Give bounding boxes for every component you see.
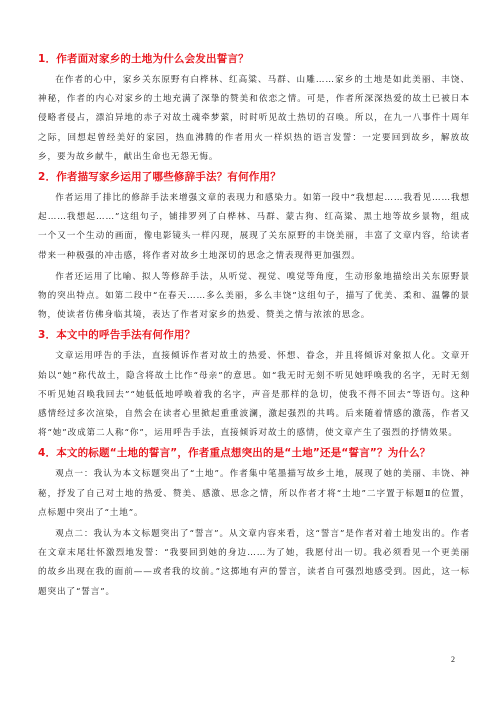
answer-paragraph: 作者还运用了比喻、拟人等修辞手法，从听觉、视觉、嗅觉等角度，生动形象地描绘出关东…	[38, 268, 470, 326]
section-2: 2．作者描写家乡运用了哪些修辞手法？有何作用？ 作者运用了排比的修辞手法来增强文…	[38, 170, 470, 325]
document-content: 1．作者面对家乡的土地为什么会发出誓言？ 在作者的心中，家乡关东原野有白桦林、红…	[38, 52, 470, 605]
question-heading: 1．作者面对家乡的土地为什么会发出誓言？	[38, 52, 470, 66]
section-1: 1．作者面对家乡的土地为什么会发出誓言？ 在作者的心中，家乡关东原野有白桦林、红…	[38, 52, 470, 167]
question-heading: 4．本文的标题“土地的誓言”，作者重点想突出的是“土地”还是“誓言”？为什么？	[38, 446, 470, 460]
question-heading: 2．作者描写家乡运用了哪些修辞手法？有何作用？	[38, 170, 470, 184]
answer-paragraph: 观点一：我认为本文标题突出了“土地”。作者集中笔墨描写故乡土地，展现了她的美丽、…	[38, 465, 470, 523]
section-3: 3．本文中的呼告手法有何作用？ 文章运用呼告的手法，直接倾诉作者对故土的热爱、怀…	[38, 328, 470, 443]
answer-paragraph: 文章运用呼告的手法，直接倾诉作者对故土的热爱、怀想、眷念，并且将倾诉对象拟人化。…	[38, 347, 470, 443]
answer-paragraph: 观点二：我认为本文标题突出了“誓言”。从文章内容来看，这“誓言”是作者对着土地发…	[38, 525, 470, 602]
section-4: 4．本文的标题“土地的誓言”，作者重点想突出的是“土地”还是“誓言”？为什么？ …	[38, 446, 470, 601]
page-number: 2	[451, 655, 455, 664]
document-page: 1．作者面对家乡的土地为什么会发出誓言？ 在作者的心中，家乡关东原野有白桦林、红…	[0, 0, 500, 707]
answer-paragraph: 在作者的心中，家乡关东原野有白桦林、红高粱、马群、山雕……家乡的土地是如此美丽、…	[38, 71, 470, 167]
answer-paragraph: 作者运用了排比的修辞手法来增强文章的表现力和感染力。如第一段中“我想起……我看见…	[38, 189, 470, 266]
question-heading: 3．本文中的呼告手法有何作用？	[38, 328, 470, 342]
